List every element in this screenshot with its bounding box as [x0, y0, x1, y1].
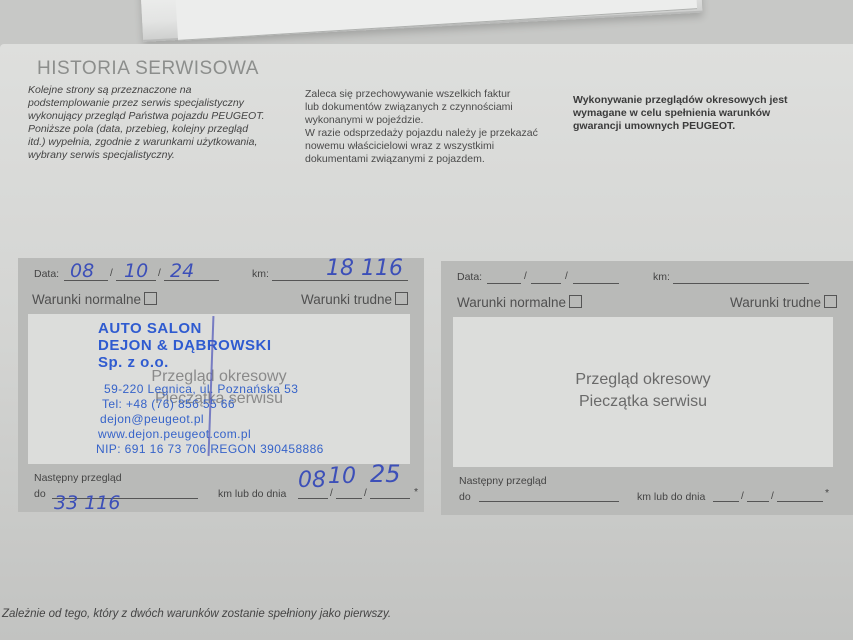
- date-label: Data:: [457, 271, 482, 283]
- stamp-placeholder: Przegląd okresowy Pieczątka serwisu: [453, 369, 833, 413]
- handwritten-next-km: 33 116: [54, 492, 120, 514]
- service-card-2: Data: / / km: Warunki normalne Warunki t…: [441, 261, 853, 515]
- footnote: Zależnie od tego, który z dwóch warunków…: [2, 608, 391, 620]
- conditions-row: Warunki normalne Warunki trudne: [455, 293, 837, 313]
- km-field[interactable]: [673, 271, 809, 284]
- handwritten-next-month: 10: [328, 464, 356, 489]
- handwritten-year: 24: [170, 260, 194, 282]
- service-stamp-area: Przegląd okresowy Pieczątka serwisu AUTO…: [28, 314, 410, 464]
- warranty-warning: Wykonywanie przeglądów okresowych jest w…: [573, 94, 833, 133]
- next-service-row: Następny przegląd do km lub do dnia / / …: [34, 468, 408, 508]
- hard-conditions-label: Warunki trudne: [730, 295, 837, 310]
- next-year-field[interactable]: [777, 489, 823, 502]
- handwritten-km: 18 116: [326, 256, 403, 281]
- date-day-field[interactable]: [487, 271, 521, 284]
- normal-conditions-checkbox[interactable]: [569, 295, 582, 308]
- date-km-row: Data: / / km:: [457, 269, 837, 287]
- date-km-row: Data: / / km: 08 10 24 18 116: [34, 266, 408, 284]
- date-year-field[interactable]: [573, 271, 619, 284]
- handwritten-day: 08: [70, 260, 94, 282]
- next-day-field[interactable]: [713, 489, 739, 502]
- hard-conditions-checkbox[interactable]: [395, 292, 408, 305]
- advice-text: Zaleca się przechowywanie wszelkich fakt…: [305, 88, 565, 166]
- date-label: Data:: [34, 268, 59, 280]
- km-label: km:: [653, 271, 670, 283]
- next-month-field[interactable]: [747, 489, 769, 502]
- service-card-1: Data: / / km: 08 10 24 18 116 Warunki no…: [18, 258, 424, 512]
- dealer-stamp-name: AUTO SALON DEJON & DĄBROWSKI Sp. z o.o.: [98, 320, 272, 371]
- hard-conditions-checkbox[interactable]: [824, 295, 837, 308]
- page-title: HISTORIA SERWISOWA: [37, 58, 259, 80]
- next-service-row: Następny przegląd do km lub do dnia / / …: [457, 471, 837, 511]
- date-month-field[interactable]: [531, 271, 561, 284]
- normal-conditions-label: Warunki normalne: [457, 295, 582, 310]
- conditions-row: Warunki normalne Warunki trudne: [32, 290, 408, 310]
- intro-text: Kolejne strony są przeznaczone na podste…: [28, 84, 308, 162]
- next-km-field[interactable]: [479, 489, 619, 502]
- handwritten-next-year: 25: [370, 460, 401, 488]
- normal-conditions-checkbox[interactable]: [144, 292, 157, 305]
- km-label: km:: [252, 268, 269, 280]
- service-stamp-area[interactable]: Przegląd okresowy Pieczątka serwisu: [453, 317, 833, 467]
- background-paper-sheet: [175, 0, 697, 41]
- handwritten-next-day: 08: [298, 468, 326, 493]
- hard-conditions-label: Warunki trudne: [301, 292, 408, 307]
- service-history-page: HISTORIA SERWISOWA Kolejne strony są prz…: [0, 44, 853, 640]
- normal-conditions-label: Warunki normalne: [32, 292, 157, 307]
- handwritten-month: 10: [124, 260, 148, 282]
